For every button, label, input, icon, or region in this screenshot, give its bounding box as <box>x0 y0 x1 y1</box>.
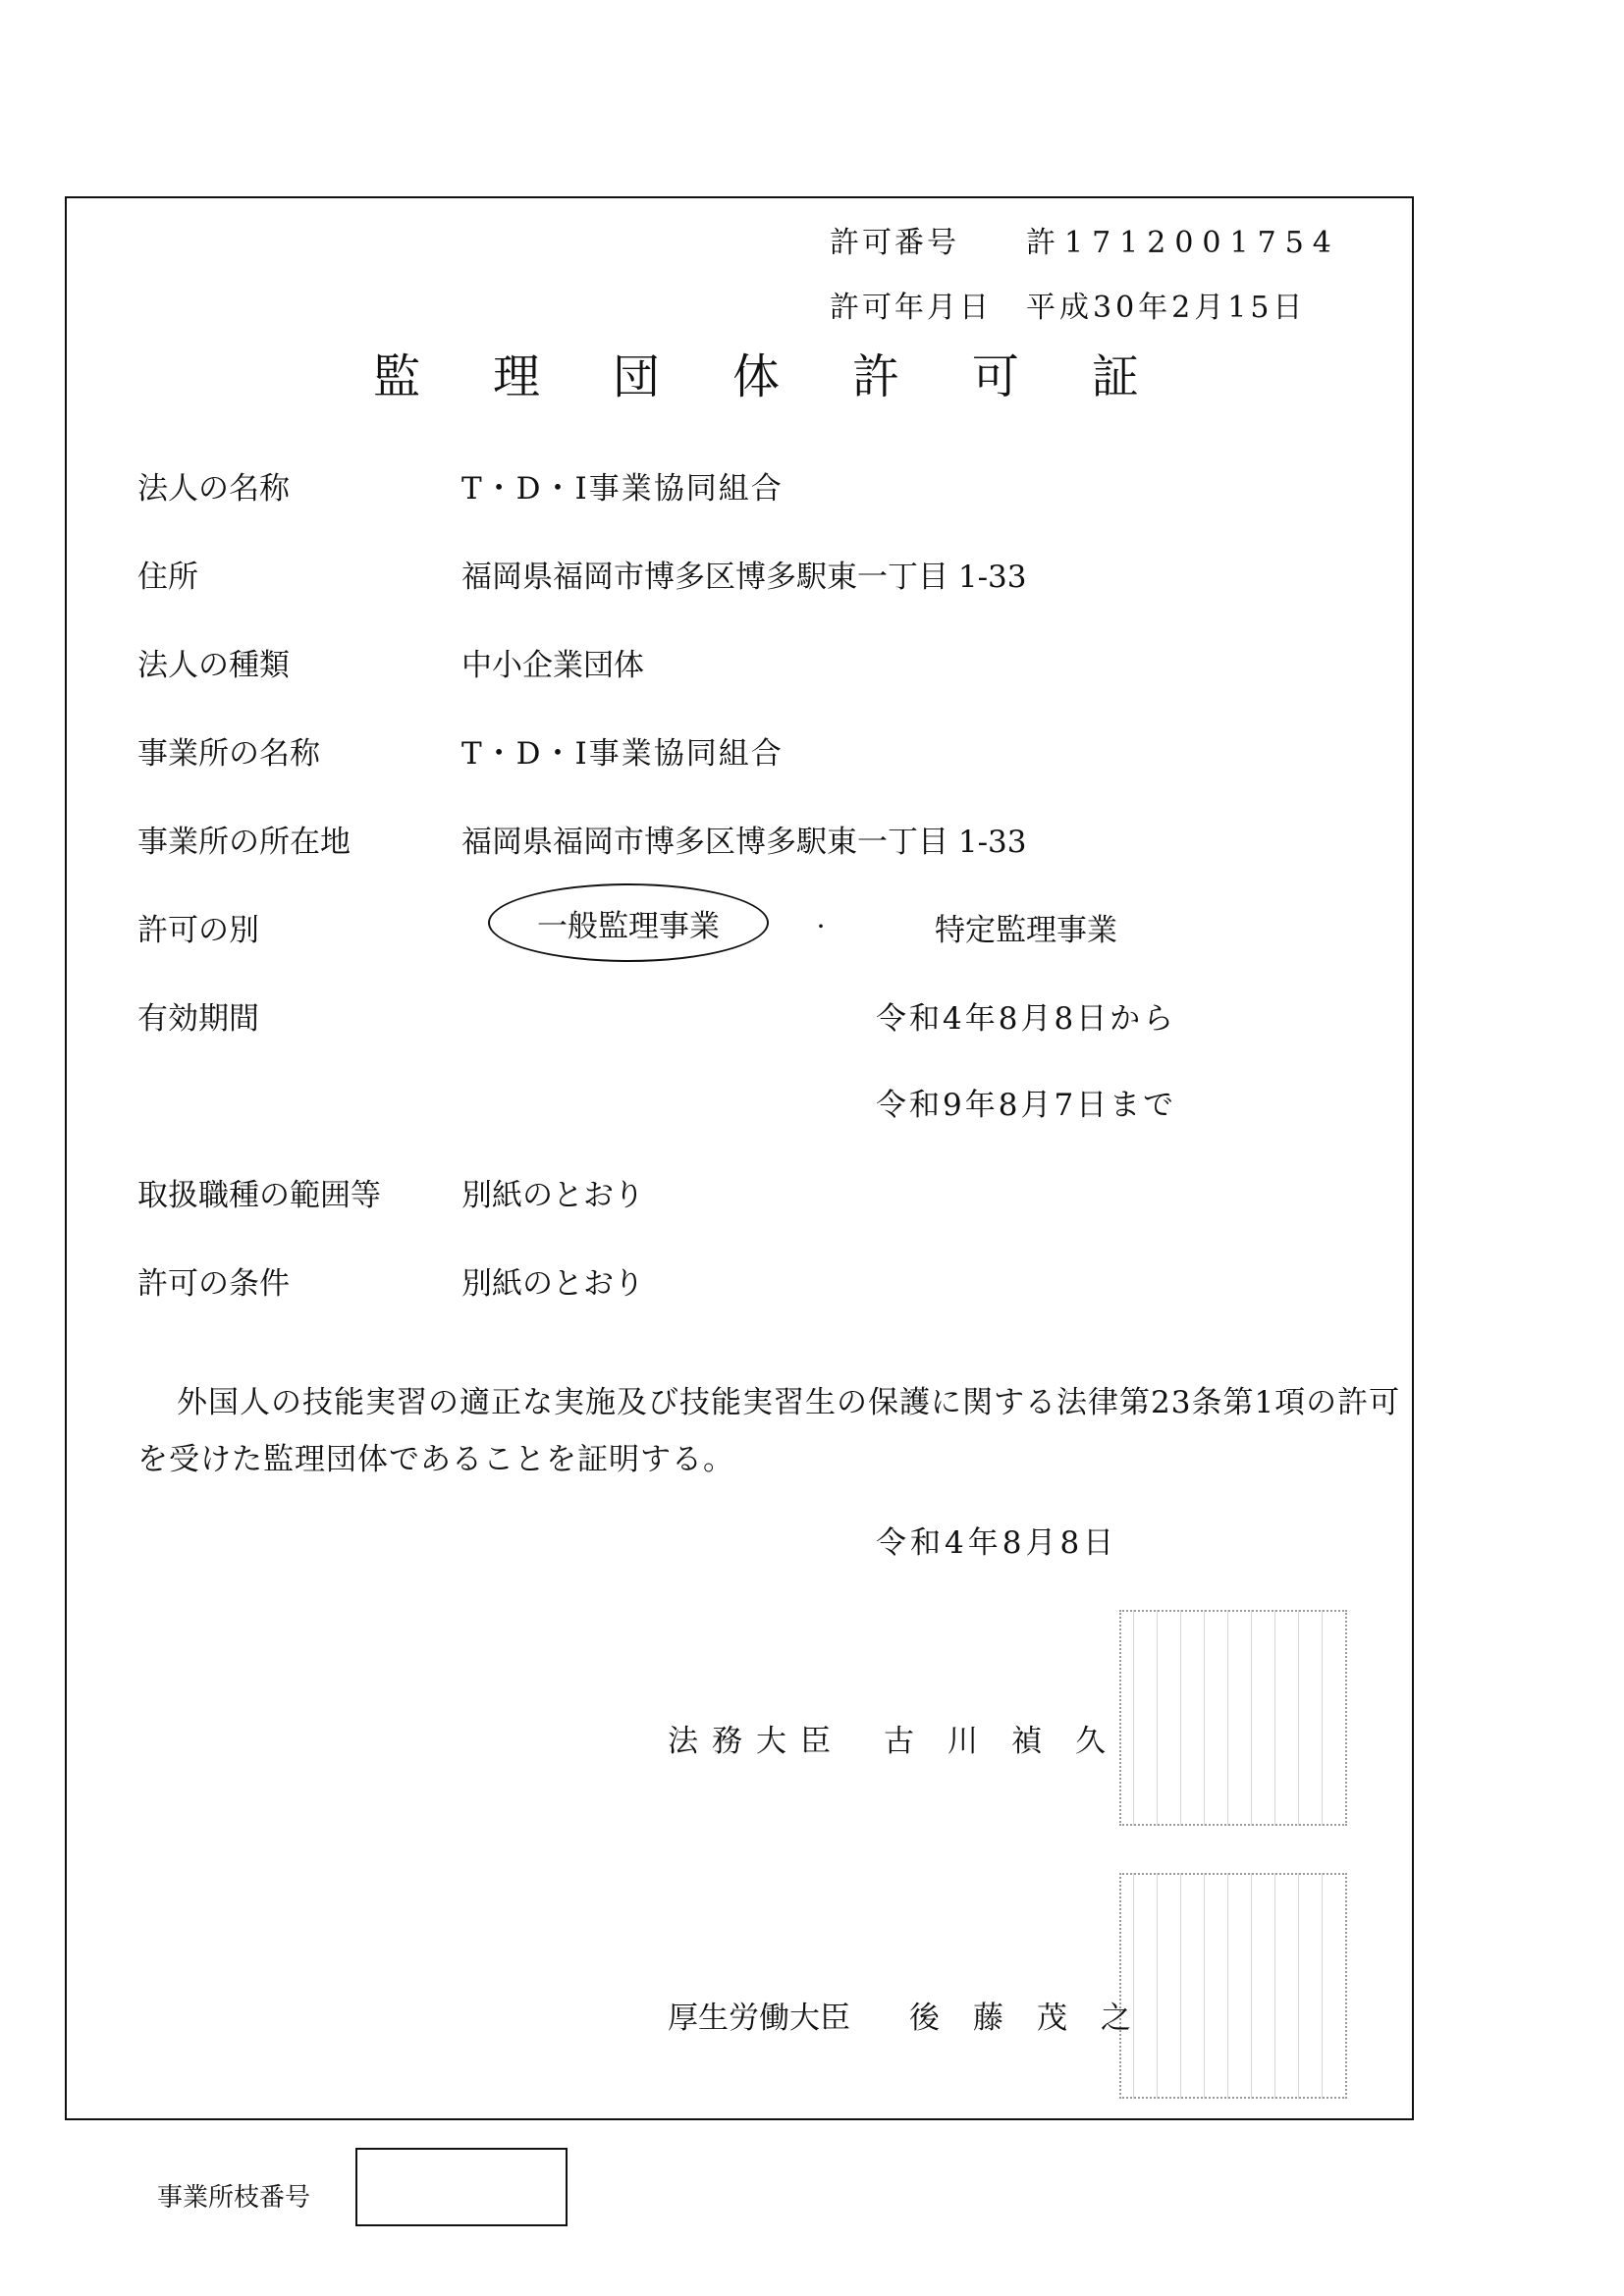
field-label: 許可の条件 <box>137 1258 290 1303</box>
field-value: T・D・I事業協同組合 <box>461 728 784 773</box>
field-label: 事業所の名称 <box>137 728 320 773</box>
permit-type-option-general: 一般監理事業 <box>537 901 720 945</box>
branch-number-label: 事業所枝番号 <box>157 2177 310 2214</box>
certification-statement: 外国人の技能実習の適正な実施及び技能実習生の保護に関する法律第23条第1項の許可… <box>137 1374 1404 1488</box>
field-value: T・D・I事業協同組合 <box>461 463 784 507</box>
validity-from: 令和4年8月8日から <box>876 993 1176 1038</box>
permit-number-value: 許1712001754 <box>1026 218 1340 261</box>
permit-date-label: 許可年月日 <box>830 283 1026 326</box>
permit-number-label: 許可番号 <box>830 218 1026 261</box>
signatory-title: 厚生労働大臣 <box>668 1993 850 2037</box>
field-label: 住所 <box>137 552 198 596</box>
title-char: 理 <box>493 339 540 406</box>
field-label: 法人の種類 <box>137 640 290 684</box>
labor-minister-seal <box>1119 1873 1347 2099</box>
permit-type-separator: ・ <box>811 911 831 939</box>
title-char: 許 <box>852 339 899 406</box>
title-char: 体 <box>732 339 780 406</box>
title-char: 団 <box>613 339 660 406</box>
signatory-name: 後藤茂之 <box>909 1993 1164 2037</box>
field-label: 法人の名称 <box>137 463 290 507</box>
field-label: 事業所の所在地 <box>137 817 351 861</box>
title-char: 可 <box>972 339 1019 406</box>
validity-to: 令和9年8月7日まで <box>876 1080 1176 1124</box>
field-value: 別紙のとおり <box>461 1258 644 1303</box>
field-value: 福岡県福岡市博多区博多駅東一丁目 1-33 <box>461 552 1027 596</box>
justice-minister-seal <box>1119 1610 1347 1826</box>
permit-date-row: 許可年月日平成30年2月15日 <box>830 283 1306 326</box>
field-value: 福岡県福岡市博多区博多駅東一丁目 1-33 <box>461 817 1027 861</box>
permit-type-selected-circle: 一般監理事業 <box>488 883 769 962</box>
issue-date: 令和4年8月8日 <box>876 1518 1117 1562</box>
title-char: 証 <box>1092 339 1139 406</box>
permit-type-option-specific: 特定監理事業 <box>935 905 1117 949</box>
field-value: 別紙のとおり <box>461 1170 644 1214</box>
title-char: 監 <box>373 339 420 406</box>
signatory-title: 法務大臣 <box>668 1716 844 1760</box>
page-title: 監 理 団 体 許 可 証 <box>373 339 1139 406</box>
permit-number-row: 許可番号許1712001754 <box>830 218 1340 261</box>
field-label: 取扱職種の範囲等 <box>137 1170 381 1214</box>
field-label: 許可の別 <box>137 905 259 949</box>
field-label: 有効期間 <box>137 993 259 1038</box>
signatory-name: 古川禎久 <box>884 1716 1139 1760</box>
permit-date-value: 平成30年2月15日 <box>1026 283 1306 326</box>
signatory-justice-minister: 法務大臣古川禎久 <box>668 1716 1139 1760</box>
signatory-labor-minister: 厚生労働大臣後藤茂之 <box>668 1993 1164 2037</box>
branch-number-box <box>355 2148 568 2226</box>
field-value: 中小企業団体 <box>461 640 644 684</box>
